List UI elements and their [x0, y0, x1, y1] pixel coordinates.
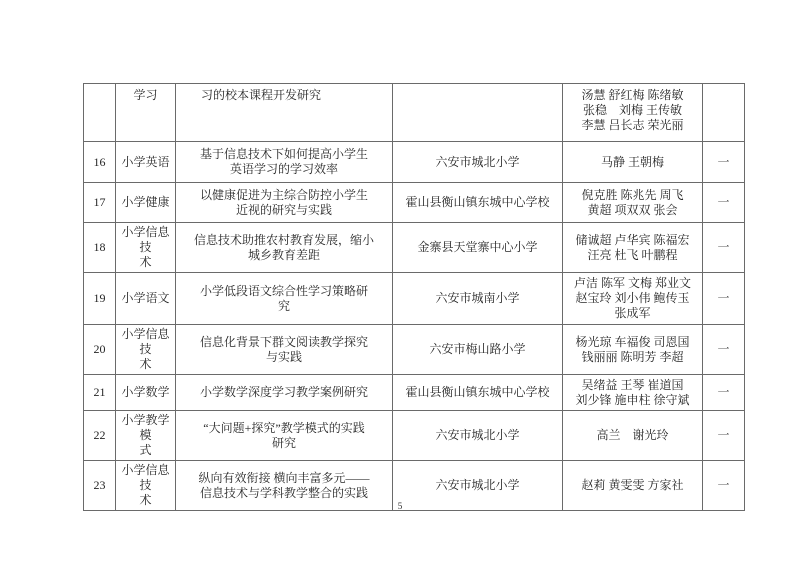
cell-members: 杨光琼 车福俊 司恩国 钱丽丽 陈明芳 李超 — [563, 325, 703, 375]
cell-number: 17 — [84, 183, 116, 223]
cell-school: 霍山县衡山镇东城中心学校 — [393, 375, 563, 411]
cell-members: 汤慧 舒红梅 陈绪敏 张稳 刘梅 王传敏 李慧 吕长志 荣光丽 — [563, 84, 703, 142]
page-number: 5 — [0, 502, 800, 512]
cell-title: 信息化背景下群文阅读教学探究 与实践 — [176, 325, 393, 375]
cell-school: 霍山县衡山镇东城中心学校 — [393, 183, 563, 223]
cell-school: 六安市城南小学 — [393, 273, 563, 325]
cell-number: 19 — [84, 273, 116, 325]
cell-members: 高兰 谢光玲 — [563, 411, 703, 461]
table-row: 16小学英语基于信息技术下如何提高小学生 英语学习的学习效率六安市城北小学马静 … — [84, 142, 745, 183]
cell-title: 基于信息技术下如何提高小学生 英语学习的学习效率 — [176, 142, 393, 183]
cell-award: 一 — [703, 273, 745, 325]
cell-category: 小学信息技 术 — [116, 223, 176, 273]
cell-award: 一 — [703, 142, 745, 183]
cell-award: 一 — [703, 411, 745, 461]
cell-number: 20 — [84, 325, 116, 375]
cell-title: “大问题+探究”教学模式的实践 研究 — [176, 411, 393, 461]
table-row: 17小学健康以健康促进为主综合防控小学生 近视的研究与实践霍山县衡山镇东城中心学… — [84, 183, 745, 223]
award-table: 学习习的校本课程开发研究汤慧 舒红梅 陈绪敏 张稳 刘梅 王传敏 李慧 吕长志 … — [83, 83, 745, 511]
cell-award: 一 — [703, 325, 745, 375]
cell-award: 一 — [703, 375, 745, 411]
cell-title: 小学低段语文综合性学习策略研 究 — [176, 273, 393, 325]
cell-school: 金寨县天堂寨中心小学 — [393, 223, 563, 273]
cell-title: 信息技术助推农村教育发展，缩小 城乡教育差距 — [176, 223, 393, 273]
cell-number: 16 — [84, 142, 116, 183]
cell-number: 21 — [84, 375, 116, 411]
table-row: 19小学语文小学低段语文综合性学习策略研 究六安市城南小学卢洁 陈军 文梅 郑业… — [84, 273, 745, 325]
cell-number — [84, 84, 116, 142]
cell-category: 小学数学 — [116, 375, 176, 411]
cell-category: 小学健康 — [116, 183, 176, 223]
table-row: 20小学信息技 术信息化背景下群文阅读教学探究 与实践六安市梅山路小学杨光琼 车… — [84, 325, 745, 375]
cell-number: 18 — [84, 223, 116, 273]
cell-school: 六安市城北小学 — [393, 142, 563, 183]
cell-members: 卢洁 陈军 文梅 郑业文 赵宝玲 刘小伟 鲍传玉 张成军 — [563, 273, 703, 325]
cell-members: 倪克胜 陈兆先 周飞 黄超 项双双 张会 — [563, 183, 703, 223]
cell-school: 六安市城北小学 — [393, 411, 563, 461]
cell-school — [393, 84, 563, 142]
cell-members: 储诚超 卢华宾 陈福宏 汪亮 杜飞 叶鹏程 — [563, 223, 703, 273]
cell-category: 小学语文 — [116, 273, 176, 325]
cell-category: 小学教学模 式 — [116, 411, 176, 461]
cell-school: 六安市梅山路小学 — [393, 325, 563, 375]
cell-members: 吴绪益 王琴 崔道国 刘少锋 施申柱 徐守斌 — [563, 375, 703, 411]
cell-category: 小学信息技 术 — [116, 325, 176, 375]
cell-title: 习的校本课程开发研究 — [176, 84, 393, 142]
table-row: 22小学教学模 式“大问题+探究”教学模式的实践 研究六安市城北小学高兰 谢光玲… — [84, 411, 745, 461]
document-page: 学习习的校本课程开发研究汤慧 舒红梅 陈绪敏 张稳 刘梅 王传敏 李慧 吕长志 … — [0, 0, 800, 565]
cell-category: 小学英语 — [116, 142, 176, 183]
cell-award — [703, 84, 745, 142]
cell-title: 以健康促进为主综合防控小学生 近视的研究与实践 — [176, 183, 393, 223]
award-table-body: 学习习的校本课程开发研究汤慧 舒红梅 陈绪敏 张稳 刘梅 王传敏 李慧 吕长志 … — [84, 84, 745, 511]
cell-members: 马静 王朝梅 — [563, 142, 703, 183]
table-row: 18小学信息技 术信息技术助推农村教育发展，缩小 城乡教育差距金寨县天堂寨中心小… — [84, 223, 745, 273]
cell-number: 22 — [84, 411, 116, 461]
table-row: 学习习的校本课程开发研究汤慧 舒红梅 陈绪敏 张稳 刘梅 王传敏 李慧 吕长志 … — [84, 84, 745, 142]
cell-award: 一 — [703, 183, 745, 223]
table-row: 21小学数学小学数学深度学习教学案例研究霍山县衡山镇东城中心学校吴绪益 王琴 崔… — [84, 375, 745, 411]
cell-category: 学习 — [116, 84, 176, 142]
cell-title: 小学数学深度学习教学案例研究 — [176, 375, 393, 411]
cell-award: 一 — [703, 223, 745, 273]
